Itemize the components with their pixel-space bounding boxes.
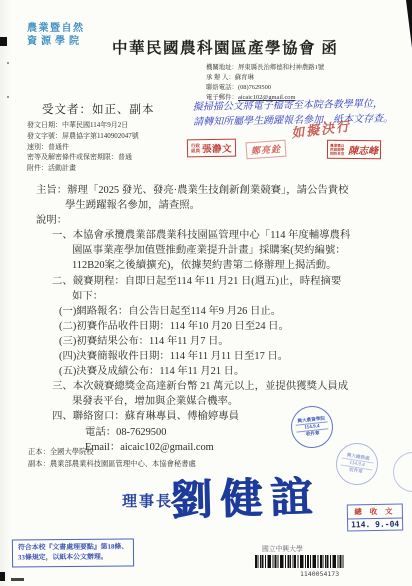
distribution-block: 正本：全國大學院校 副本：農業部農業科技園區管理中心、本協會秘書處	[28, 446, 196, 470]
subject-line-wrap: 學生踴躍報名參加，請查照。	[28, 198, 398, 213]
partial-round-stamp	[393, 452, 412, 492]
security-class: 密等及解密條件或保密期限：普通	[27, 152, 139, 163]
college-stamp: 農業暨自然 資源學院	[27, 22, 85, 48]
round1-bottom-text: 收件章	[306, 430, 320, 437]
paper-note-line1: 符合本校『文書處理要點』第18條、	[18, 543, 128, 554]
item1-line1: 一、本協會承攬農業部農業科技園區管理中心「114 年度輔導農科	[28, 228, 398, 243]
stamp-role-bottom: 組員	[191, 148, 200, 153]
item2-line2: 如下：	[28, 289, 398, 304]
item3-line2: 果發表平台，增加與企業媒合機率。	[28, 394, 398, 409]
item1-line3: 112B20案之後續擴充)，依據契約書第二條辦理上揭活動。	[28, 258, 398, 273]
scan-artifact-top-right	[406, 0, 412, 48]
barcode	[255, 555, 345, 568]
barcode-number: 1140054173	[300, 570, 339, 578]
org-address: 機關地址：屏東縣長治鄉德和村神農路1號	[206, 63, 324, 73]
scan-dot-1	[7, 62, 9, 64]
paper-note-line2: 33條規定，以紙本公文辦理。	[18, 553, 128, 564]
scan-dot-2	[7, 96, 9, 98]
paper-handling-stamp: 符合本校『文書處理要點』第18條、 33條規定，以紙本公文辦理。	[12, 538, 134, 567]
received-stamp-date: 114. 9.-04	[348, 519, 402, 531]
speed-class: 速別：普通件	[27, 142, 139, 153]
name-stamp-clerk: 行政 組員 張瀞文	[187, 139, 236, 158]
item4-line1: 四、聯絡窗口：蘇育琳專員、傅榆婷專員	[28, 409, 398, 424]
college-stamp-line1: 農業暨自然	[27, 22, 85, 35]
item1-line2: 園區事業產學加值暨推動產業提升計畫」採購案(契約編號：	[28, 243, 398, 258]
scan-artifact-left	[0, 37, 7, 46]
issue-date: 發文日期：中華民國114年9月2日	[27, 120, 139, 131]
schedule-item5: (五)決賽及成績公布：114 年11 月21 日。	[28, 364, 398, 379]
schedule-item1: (一)網路報名：自公告日起至114 年9 月26 日止。	[28, 304, 398, 319]
schedule-item3: (三)初賽結果公布：114 年11 月7 日。	[28, 334, 398, 349]
round2-bottom-text: 收件章	[349, 467, 364, 475]
scan-artifact-bottom	[11, 578, 24, 581]
schedule-item4: (四)決賽簡報收件日期：114 年11 月11 日至17 日。	[28, 349, 398, 364]
doc-number: 發文字號：屏農協字第1140902047號	[27, 131, 139, 142]
stamp-name: 張瀞文	[202, 141, 232, 156]
original-recipients: 正本：全國大學院校	[28, 446, 196, 458]
chairman-signature: 劉健誼	[169, 464, 321, 528]
college-stamp-line2: 資源學院	[27, 35, 85, 48]
document-title: 中華民國農科園區產學協會 函	[112, 36, 338, 58]
explanation-heading: 說明：	[28, 213, 398, 228]
scanned-official-letter: 農業暨自然 資源學院 中華民國農科園區產學協會 函 機關地址：屏東縣長治鄉德和村…	[0, 0, 412, 586]
subject-line: 主旨：辦理「2025 發光、發亮·農業生技創新創業競賽」，請公告貴校	[28, 183, 398, 198]
letter-body: 主旨：辦理「2025 發光、發亮·農業生技創新創業競賽」，請公告貴校 學生踴躍報…	[28, 183, 398, 455]
item4-phone: 電話：08-7629500	[28, 425, 398, 440]
attachment-line: 附件：活動計畫	[27, 163, 139, 174]
stamp-name: 陳志峰	[348, 142, 378, 157]
name-stamp-officer: 鄭亮銓	[245, 140, 286, 160]
meta-block: 發文日期：中華民國114年9月2日 發文字號：屏農協字第1140902047號 …	[27, 120, 139, 174]
stamp-role: 行政 組員	[191, 143, 200, 153]
item3-line1: 三、本次競賽總獎金高達新台幣 21 萬元以上，並提供獲獎人員成	[28, 379, 398, 394]
stamp-office-text: 農業暨自然資源學院院長室	[330, 143, 347, 155]
stamp-name: 鄭亮銓	[251, 142, 282, 157]
contact-person: 承 辦 人：蘇育琳	[206, 73, 324, 83]
chairman-title: 理事長	[122, 490, 173, 511]
recipient-line: 受文者：如正、副本	[42, 101, 155, 117]
received-stamp-label: 總 收 文	[348, 505, 402, 520]
contact-phone: 聯絡電話：(08)7629500	[206, 83, 324, 93]
university-name: 國立中興大學	[262, 543, 303, 553]
scan-artifact-bottom-left	[0, 572, 5, 581]
schedule-item2: (二)初賽作品收件日期：114 年10 月20 日至24 日。	[28, 319, 398, 334]
received-document-stamp: 總 收 文 114. 9.-04	[347, 504, 403, 532]
name-stamp-dean: 農業暨自然資源學院院長室 陳志峰	[327, 140, 381, 159]
item2-line1: 二、競賽期程：自即日起至114 年11 月21 日(週五)止，時程摘要	[28, 274, 398, 289]
